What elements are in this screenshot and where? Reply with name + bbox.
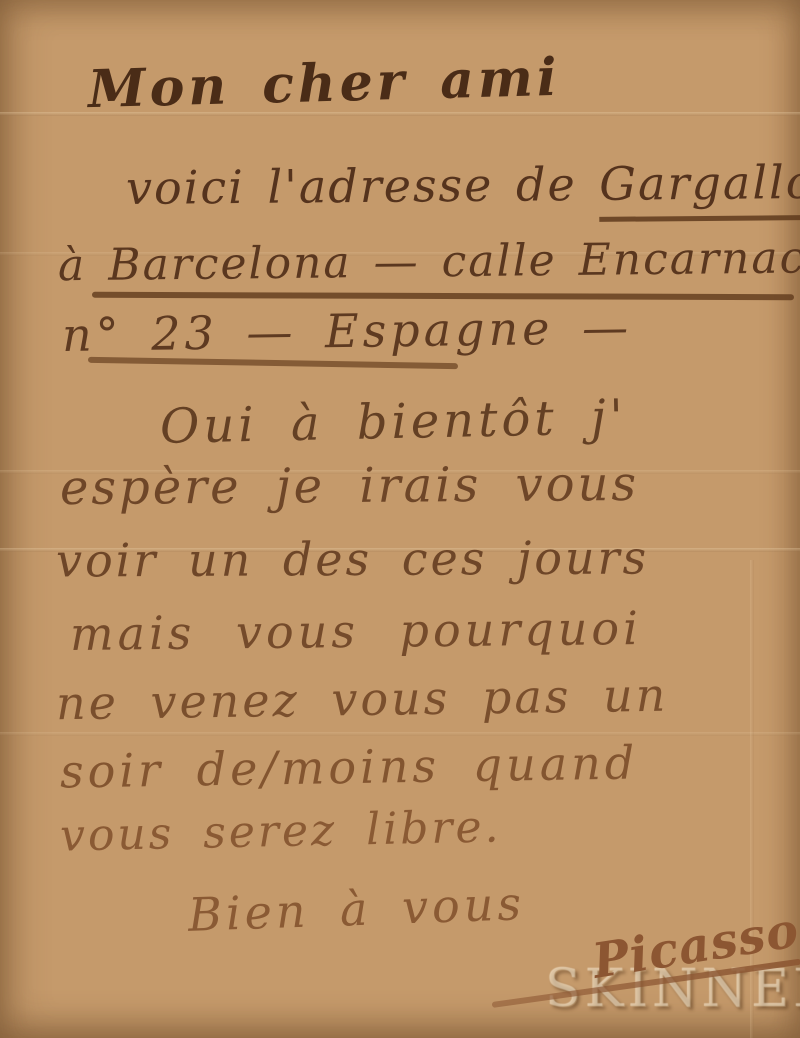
handwriting-text: voici l'adresse de [126,157,600,215]
letter-line-city-street: à Barcelona — calle Encarnacion [58,236,800,289]
letter-line-body-7: vous serez libre. [60,805,502,858]
letter-line-number-country: n° 23 — Espagne — [62,304,633,358]
paper-crease-horizontal [0,732,800,736]
handwriting-text: Oui à bientôt j' [159,389,627,455]
letter-paper: Mon cher ami voici l'adresse de Gargallo… [0,0,800,1038]
handwriting-text: mais vous pourquoi [70,601,642,661]
letter-closing: Bien à vous [187,880,525,938]
letter-line-address-intro: voici l'adresse de Gargallo [126,159,800,211]
handwriting-text: soir de/moins quand [60,735,639,798]
letter-line-body-6: soir de/moins quand [60,739,639,794]
underlined-name-gargallo: Gargallo [599,155,800,222]
letter-line-body-1: Oui à bientôt j' [160,393,628,451]
handwriting-text: ne venez vous pas un [56,668,669,731]
letter-line-body-5: ne venez vous pas un [56,672,669,727]
handwriting-text: voir un des ces jours [56,530,649,587]
handwriting-text: espère je irais vous [60,456,639,516]
letter-line-body-4: mais vous pourquoi [70,605,642,657]
letter-line-body-2: espère je irais vous [60,460,639,512]
handwriting-text: n° 23 — Espagne — [62,300,633,362]
handwriting-text: Mon cher ami [87,47,561,120]
handwriting-text: vous serez libre. [60,801,502,861]
letter-line-body-3: voir un des ces jours [56,534,649,583]
handwriting-text: Bien à vous [187,876,526,942]
letter-line-salutation: Mon cher ami [87,52,561,116]
ink-underline [92,292,794,300]
handwriting-text: à Barcelona — calle Encarnacion [58,232,800,292]
